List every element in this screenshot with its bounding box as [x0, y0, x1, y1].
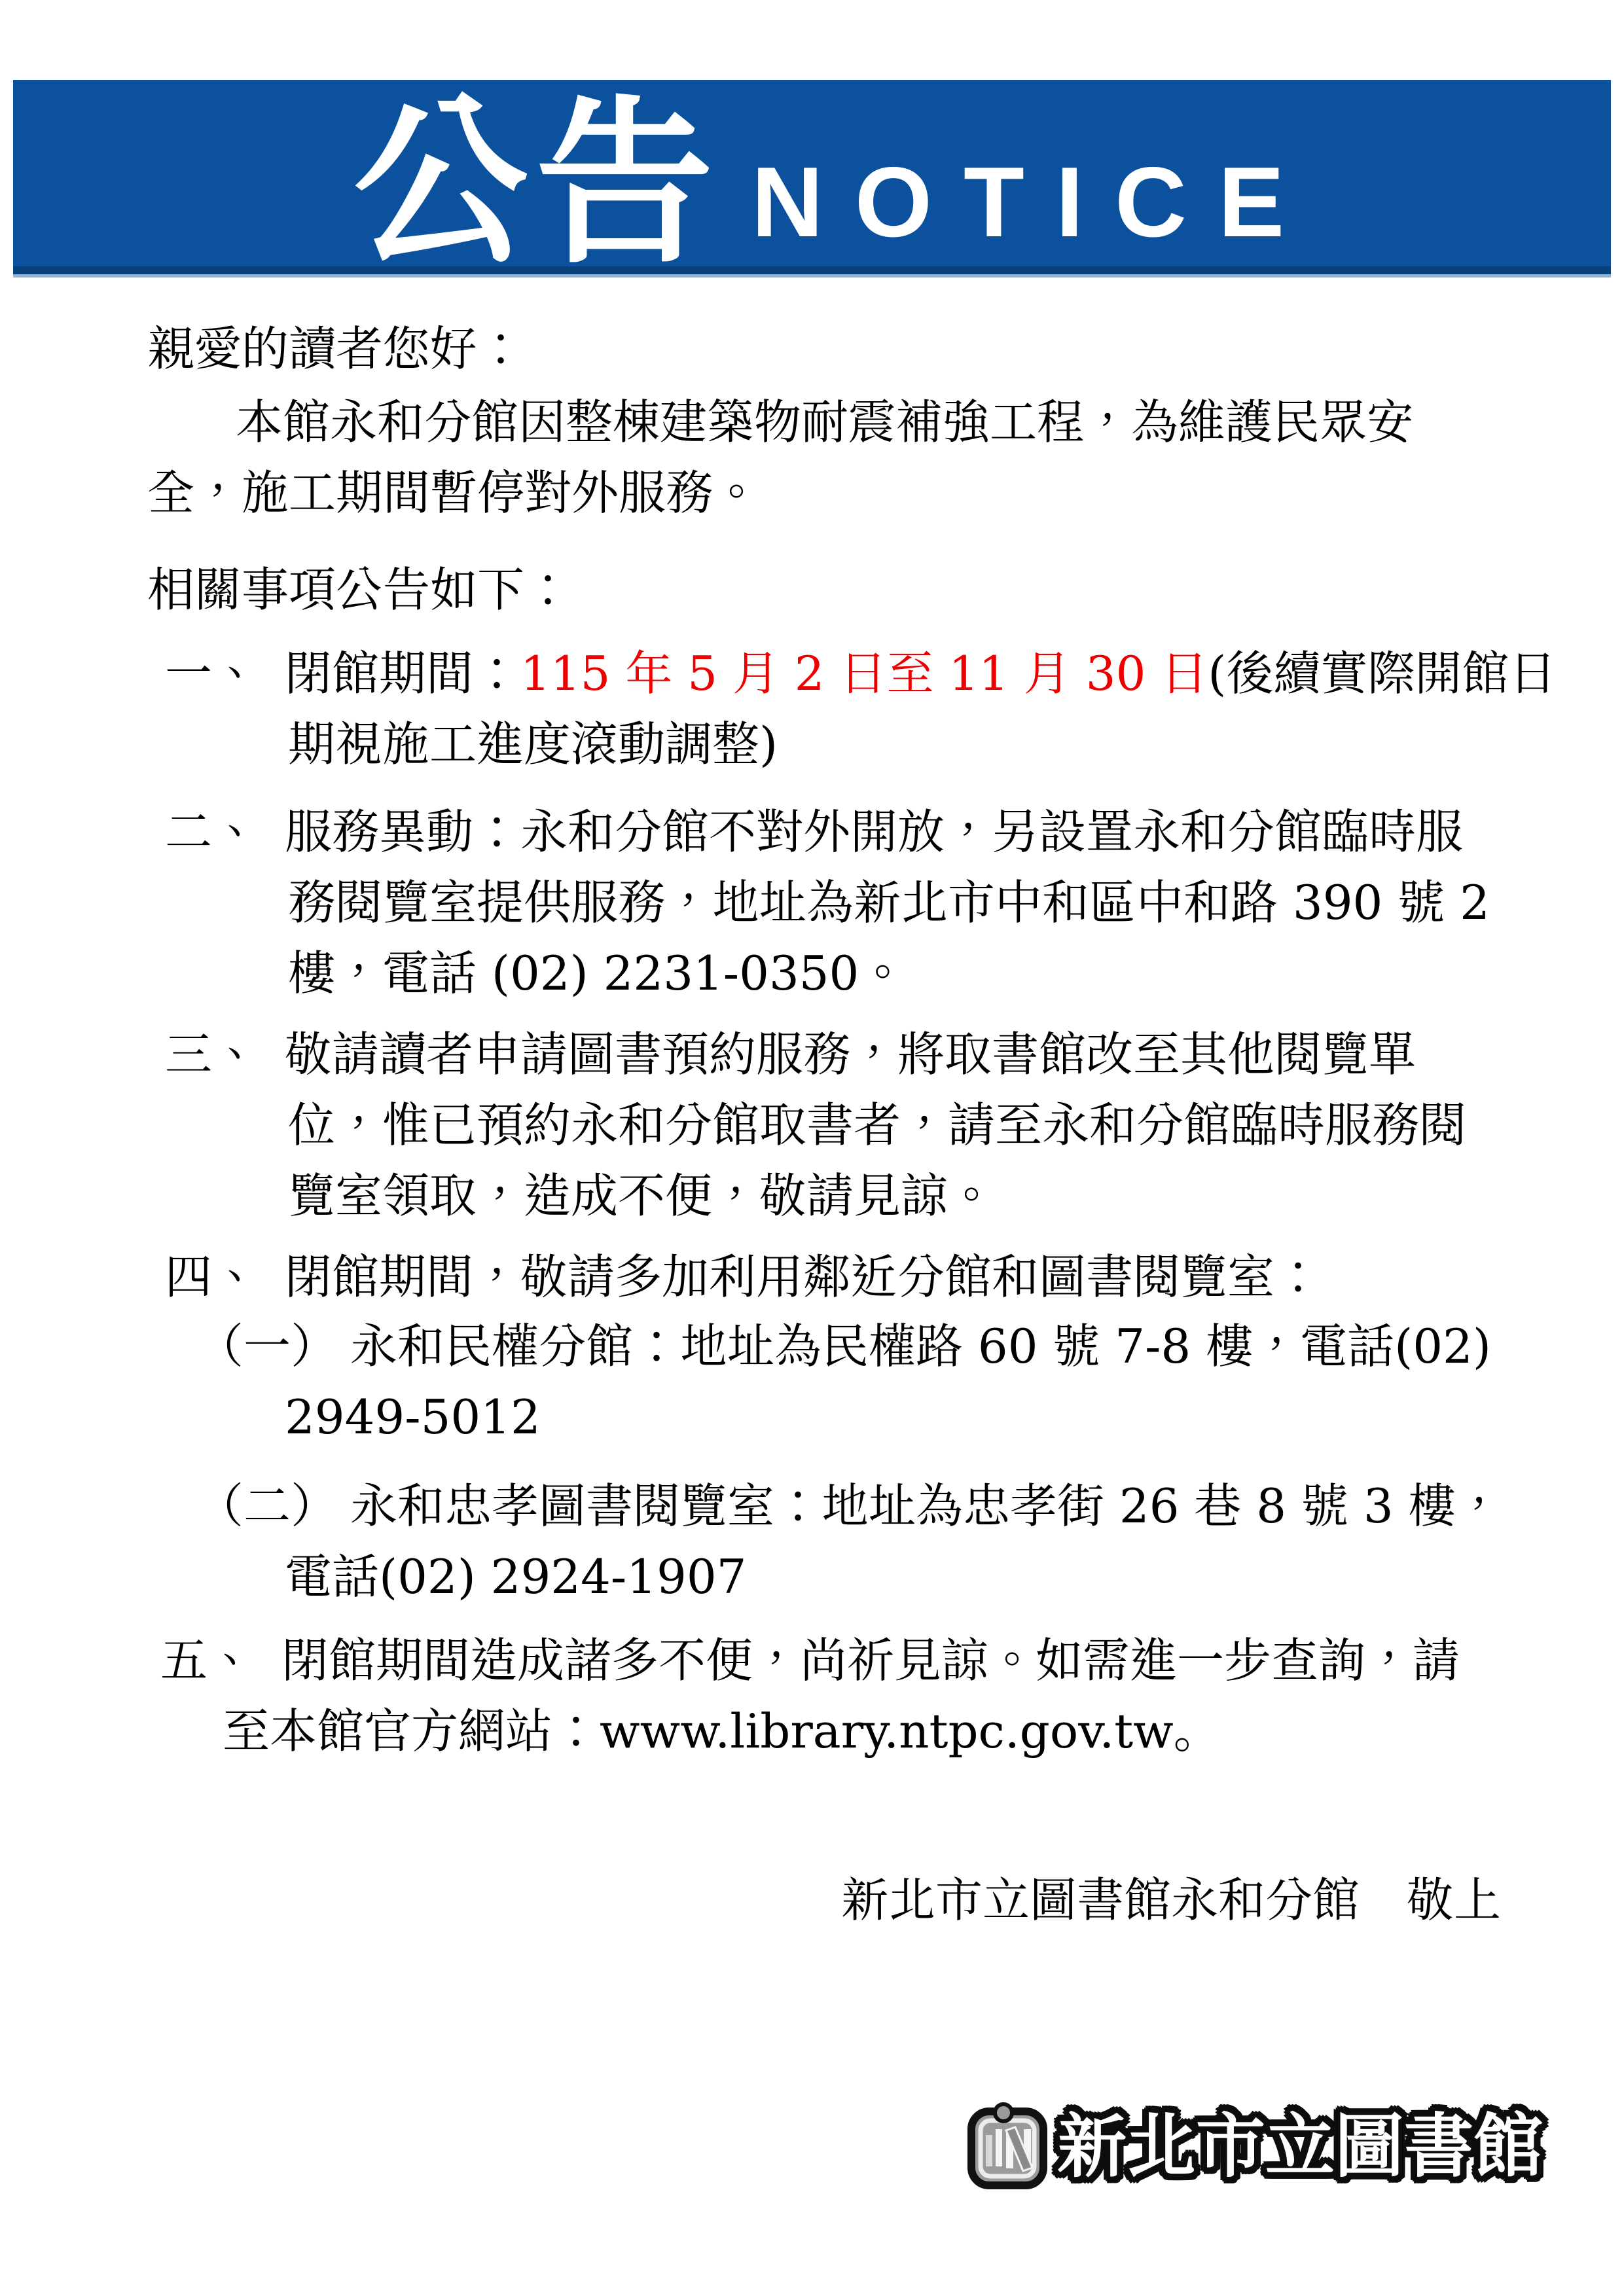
item1-line-1: 閉館期間：115 年 5 月 2 日至 11 月 30 日(後續實際開館日 — [285, 647, 1556, 701]
item5-line-1: 閉館期間造成諸多不便，尚祈見諒。如需進一步查詢，請 — [281, 1634, 1460, 1688]
subitem2-marker: （二） — [196, 1479, 338, 1534]
library-logo-text: 新北市立圖書館 — [1057, 2109, 1543, 2185]
signature-text: 新北市立圖書館永和分館 敬上 — [841, 1862, 1501, 1930]
subitem1-marker: （一） — [196, 1319, 338, 1374]
item2-line-2: 務閱覽室提供服務，地址為新北市中和區中和路 390 號 2 — [288, 876, 1490, 930]
subitem1-line-1: 永和民權分館：地址為民權路 60 號 7-8 樓，電話(02) — [350, 1319, 1491, 1374]
item1-marker: 一、 — [165, 647, 259, 701]
website-url-text: www.library.ntpc.gov.tw — [600, 1704, 1174, 1759]
banner-title-chinese: 公告 — [353, 95, 717, 273]
section-heading: 相關事項公告如下： — [147, 563, 571, 617]
item2-line-1: 服務異動：永和分館不對外開放，另設置永和分館臨時服 — [285, 805, 1463, 859]
item4-line-1: 閉館期間，敬請多加利用鄰近分館和圖書閱覽室： — [285, 1250, 1322, 1304]
item1-line-2: 期視施工進度滾動調整) — [288, 717, 778, 772]
item1-line1-prefix: 閉館期間： — [285, 646, 520, 701]
subitem2-line-2: 電話(02) 2924-1907 — [285, 1550, 746, 1604]
item3-line-2: 位，惟已預約永和分館取書者，請至永和分館臨時服務閱 — [288, 1098, 1466, 1153]
item5-line2-prefix: 至本館官方網站： — [223, 1704, 600, 1759]
greeting-text: 親愛的讀者您好： — [147, 322, 524, 376]
library-in-monogram-icon — [965, 2098, 1049, 2194]
item3-marker: 三、 — [165, 1028, 259, 1082]
subitem2-line-1: 永和忠孝圖書閱覽室：地址為忠孝街 26 巷 8 號 3 樓， — [350, 1479, 1503, 1534]
item1-line1-suffix: (後續實際開館日 — [1208, 646, 1556, 701]
item3-line-1: 敬請讀者申請圖書預約服務，將取書館改至其他閱覽單 — [285, 1028, 1416, 1082]
closure-period-highlight: 115 年 5 月 2 日至 11 月 30 日 — [520, 646, 1208, 701]
notice-banner: 公告 NOTICE — [13, 80, 1611, 274]
item5-line2-suffix: 。 — [1174, 1704, 1221, 1759]
subitem1-line-2: 2949-5012 — [285, 1390, 541, 1444]
item3-line-3: 覽室領取，造成不便，敬請見諒。 — [288, 1169, 995, 1223]
item2-marker: 二、 — [165, 805, 259, 859]
intro-line-2: 全，施工期間暫停對外服務。 — [147, 466, 760, 520]
item5-line-2: 至本館官方網站：www.library.ntpc.gov.tw。 — [223, 1704, 1221, 1759]
item2-line-3: 樓，電話 (02) 2231-0350。 — [288, 946, 906, 1001]
notice-page: { "banner": { "title_zh": "公告", "title_e… — [0, 0, 1624, 2296]
item5-marker: 五、 — [160, 1634, 255, 1688]
banner-title-english: NOTICE — [751, 152, 1316, 252]
intro-line-1: 本館永和分館因整棟建築物耐震補強工程，為維護民眾安 — [236, 395, 1414, 450]
item4-marker: 四、 — [165, 1250, 259, 1304]
